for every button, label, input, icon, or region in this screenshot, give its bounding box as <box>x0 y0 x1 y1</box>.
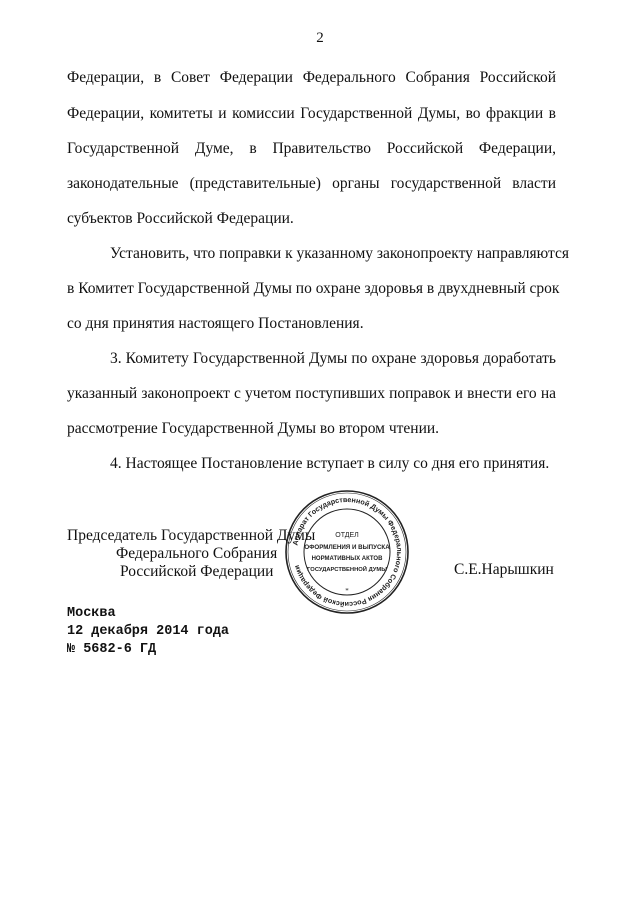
svg-text:ГОСУДАРСТВЕННОЙ ДУМЫ: ГОСУДАРСТВЕННОЙ ДУМЫ <box>307 565 387 573</box>
paragraph-1-line-2: Федерации, комитеты и комиссии Государст… <box>67 104 556 124</box>
paragraph-2-line-2: в Комитет Государственной Думы по охране… <box>67 279 556 299</box>
svg-text:НОРМАТИВНЫХ АКТОВ: НОРМАТИВНЫХ АКТОВ <box>312 556 383 562</box>
footer-document-number: № 5682-6 ГД <box>67 640 156 660</box>
paragraph-1-line-1: Федерации, в Совет Федерации Федеральног… <box>67 68 556 88</box>
paragraph-1-line-3: Государственной Думе, в Правительство Ро… <box>67 139 556 159</box>
page-number: 2 <box>0 30 640 47</box>
footer-date: 12 декабря 2014 года <box>67 622 229 642</box>
svg-text:ОТДЕЛ: ОТДЕЛ <box>335 532 359 539</box>
signature-title-line-2: Федерального Собрания <box>116 544 277 564</box>
paragraph-1-line-4: законодательные (представительные) орган… <box>67 174 556 194</box>
paragraph-2-line-3: со дня принятия настоящего Постановления… <box>67 314 556 334</box>
svg-text:*: * <box>345 587 349 595</box>
paragraph-3-line-3: рассмотрение Государственной Думы во вто… <box>67 419 556 439</box>
paragraph-3-line-1: 3. Комитету Государственной Думы по охра… <box>110 349 556 369</box>
signature-title-line-1: Председатель Государственной Думы <box>67 526 315 546</box>
paragraph-1-line-5: субъектов Российской Федерации. <box>67 209 556 229</box>
official-stamp-icon: Аппарат Государственной Думы Федеральног… <box>284 489 410 615</box>
signature-title-line-3: Российской Федерации <box>120 562 273 582</box>
signatory-name: С.Е.Нарышкин <box>454 561 554 579</box>
paragraph-3-line-2: указанный законопроект с учетом поступив… <box>67 384 556 404</box>
footer-city: Москва <box>67 604 116 624</box>
paragraph-4-line-1: 4. Настоящее Постановление вступает в си… <box>110 454 556 474</box>
svg-text:ОФОРМЛЕНИЯ И ВЫПУСКА: ОФОРМЛЕНИЯ И ВЫПУСКА <box>304 544 390 551</box>
paragraph-2-line-1: Установить, что поправки к указанному за… <box>110 244 556 264</box>
